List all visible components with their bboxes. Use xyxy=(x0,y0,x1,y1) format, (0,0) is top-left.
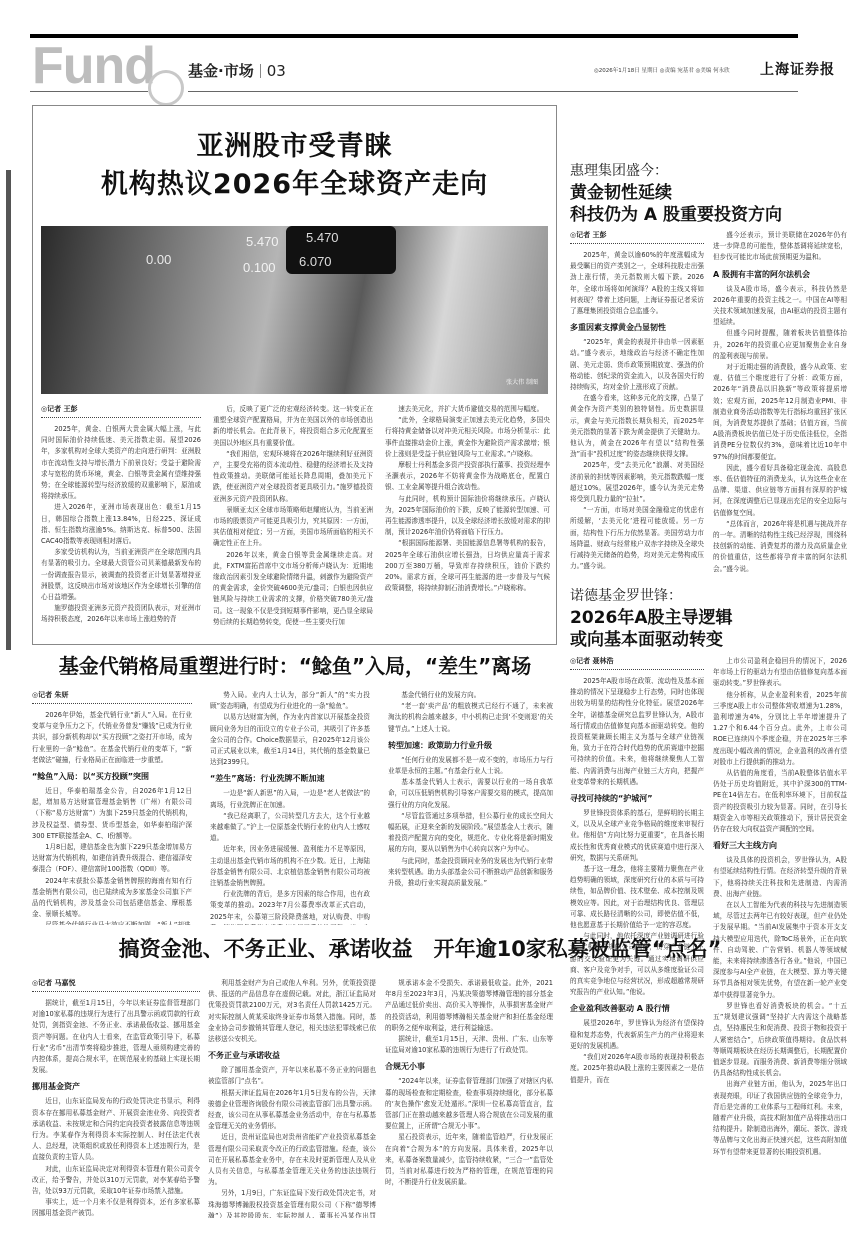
feature-article-box: 亚洲股市受青睐 机构热议2026年全球资产走向 5.470 6.070 5.47… xyxy=(32,105,557,645)
paragraph: 谈及具体的投资机会，罗世锋认为，A股有望延续结构性行情。在经济转型升级的背景下，… xyxy=(713,855,847,900)
paragraph: 谈及A股市场，盛今表示，科技仍然是2026年重要的投资主线之一。中国在AI等相关… xyxy=(713,284,847,329)
paragraph: “尽管监管通过多项举措，但公募行业的成长空间大幅拓展，正迎来全新的发展阶段。”展… xyxy=(388,811,553,856)
photo-number: 0.00 xyxy=(146,252,171,267)
paragraph: 展望2026年，罗世锋认为经济有望保持稳和复苏态势，代表新质生产力的产业将迎来更… xyxy=(570,1018,704,1052)
paragraph: 近日，山东证监局发布的行政处罚决定书显示，利得资本存在挪用私募基金财产、开展资金… xyxy=(32,1096,200,1163)
headline-line-2: 科技仍为 A 股重要投资方向 xyxy=(570,204,782,226)
paragraph: 以易方达财富为例，作为业内首家以开展基金投资顾问业务为目的而设立的专业子公司，其… xyxy=(210,712,370,768)
private-column-3: 规承诺本金不受损失、承诺最低收益。此外，2021年8月至2023年3月，冯某决策… xyxy=(385,978,553,1218)
paragraph: 多家受访机构认为，当前亚洲资产在全球范围内具有显著的吸引力。全球最大资管公司贝莱… xyxy=(41,547,201,603)
paragraph: 规承诺本金不受损失、承诺最低收益。此外，2021年8月至2023年3月，冯某决策… xyxy=(385,978,553,1034)
photo-number: 6.070 xyxy=(299,254,332,269)
paragraph: 上市公司盈利企稳回升的情况下，2026年市场上行的驱动力有望由估值修复向基本面驱… xyxy=(713,656,847,690)
photo-credit: 张大伟 制图 xyxy=(506,377,538,386)
paragraph: 近年来，因业务进展缓慢、盈利能力不足等原因，主动退出基金代销市场的机构不在少数。… xyxy=(210,844,370,889)
feature-headline: 亚洲股市受青睐 机构热议2026年全球资产走向 xyxy=(33,128,556,204)
subheading: 寻找可持续的“护城河” xyxy=(570,793,704,804)
fund-wordmark: Fund xyxy=(32,40,155,92)
subheading: 不务正业与承诺收益 xyxy=(208,1050,376,1061)
paragraph: “根据国际能源署、美国能源信息署等机构的报告，2025年全球石油供应增长强劲，日… xyxy=(385,538,550,594)
subheading: “鲶鱼”入局：以“买方投顾”突围 xyxy=(32,771,192,782)
paragraph: 根据天津证监局在2026年1月5日发布的公告，天津骏德企业管理咨询股份有限公司被… xyxy=(208,1088,376,1133)
section-label: 基金·市场03 xyxy=(188,60,286,81)
paragraph: 事实上，近一个月来不仅是利得资本，还有多家私募因挪用基金资产被罚。 xyxy=(32,1197,200,1218)
paragraph: “一方面，市场对美国金融稳定的忧虑有所缓解，‘去美元化’进程可能放缓。另一方面，… xyxy=(570,505,704,572)
paragraph: 据统计，截至1月15日，天津、贵州、广东、山东等证监局对逾10家私募的违规行为进… xyxy=(385,1034,553,1056)
gold-column-1: ◎记者 王彭 2025年，黄金以逾60%的年度涨幅成为最受瞩目的资产类别之一，全… xyxy=(570,230,704,575)
paragraph: 但盛今同时提醒，随着板块估值整体抬升，2026年的投资重心应更加聚焦企业自身的盈… xyxy=(713,328,847,362)
article-headline: 黄金韧性延续 科技仍为 A 股重要投资方向 xyxy=(570,182,782,226)
paragraph: 后，反映了更广泛的宏观经济转变。这一转变正在重塑全球资产配置格局，并为在美国以外… xyxy=(213,404,373,449)
paragraph: 与此同时，机构预计国际油价将继续承压。卢晓认为，2025年国际油价的下跌，反映了… xyxy=(385,494,550,539)
subheading: 转型加速：政策助力行业升级 xyxy=(388,740,553,751)
byline: ◎记者 王彭 xyxy=(41,404,201,418)
article-headline: 2026年A股主导逻辑 或向基本面驱动转变 xyxy=(570,607,732,651)
byline: ◎记者 聂林浩 xyxy=(570,656,704,670)
separator xyxy=(260,64,261,78)
byline: ◎记者 朱妍 xyxy=(32,690,192,704)
headline-line-1: 2026年A股主导逻辑 xyxy=(570,607,732,629)
private-column-1: ◎记者 马嘉悦 据统计，截至1月15日，今年以来证券监督管理部门对逾10家私募的… xyxy=(32,978,200,1218)
paragraph: “老一套‘卖产品’的粗放模式已经行不通了，未来被淘汰的机构会越来越多，中小机构已… xyxy=(388,701,553,735)
feature-column-3: 速去美元化，并扩大货币避值交易的范围与幅度。 “此外，全球格局演变正加速去美元化… xyxy=(385,404,550,639)
masthead-rule-left xyxy=(30,91,148,92)
paragraph: 从估值的角度看，当前A股整体估值水平仍处于历史均值附近，其中沪深300的TTM-… xyxy=(713,768,847,835)
paragraph: 另外，1月9日，广东证监局下发行政处罚决定书，对珠海德琴博瀚股权投资基金管理有限… xyxy=(208,1188,376,1218)
paragraph: “我已经离职了，公司转型几方去大，这个行业越来越难做了。”沪上一位原基金代销行业… xyxy=(210,811,370,845)
subheading: 挪用基金资产 xyxy=(32,1081,200,1092)
feature-column-1: ◎记者 王彭 2025年，黄金、白银两大贵金属大幅上涨，与此同时国际油价持续低迷… xyxy=(41,404,201,639)
paragraph: 摩根士丹利基金多资产投资部执行董事、投资经理李圣灏表示，2026年不妨将黄金作为… xyxy=(385,460,550,494)
paragraph: 势入局。业内人士认为，部分“新人”的“实力投顾”姿态明确，有望成为行业进化的一条… xyxy=(210,690,370,712)
photo-number: 0.100 xyxy=(243,260,276,275)
masthead-rule-right xyxy=(188,91,798,92)
paragraph: 罗世锋投资体系的基石，是鲜明的长期主义，以及从全球产业竞争格局的维度来审视行业。… xyxy=(570,808,704,864)
paragraph: 盛今还表示，预计美联储在2026年仍有进一步降息的可能性，整体基调将延续宽松，但… xyxy=(713,230,847,264)
headline-line-2: 或向基本面驱动转变 xyxy=(570,629,732,651)
subheading: 企业盈利改善驱动 A 股行情 xyxy=(570,1003,704,1014)
article-headline: 基金代销格局重塑进行时：“鲶鱼”入局，“差生”离场 xyxy=(30,650,560,679)
article-headline: 搞资金池、不务正业、承诺收益 开年逾10家私募被监管“点名” xyxy=(30,933,810,963)
paragraph: “我们对2026年A股市场的表现持积极态度。2025年推动A股上涨的主要因素之一… xyxy=(570,1052,704,1086)
paragraph: “2024年以来，证券监督管理部门加强了对辖区内私募的现场检查和定期检查，检查事… xyxy=(385,1076,553,1132)
stock-ticker-photo: 5.470 6.070 5.470 0.100 0.00 张大伟 制图 xyxy=(41,226,548,394)
paragraph: 与此同时，基金投资顾问业务的发展也为代销行业带来转型机遇。助力头部基金公司不断推… xyxy=(388,856,553,890)
paragraph: “此外，全球格局演变正加速去美元化趋势，多国央行将持黄金储备以对冲美元相关风险。… xyxy=(385,415,550,460)
paragraph: 对此，山东证监局决定对利得资本管理有限公司责令改正，给予警告，并处以310万元罚… xyxy=(32,1164,200,1198)
headline-line-2: 机构热议2026年全球资产走向 xyxy=(33,166,556,204)
paragraph: 基于这一理念，他将主要精力聚焦在产业趋势明确的领域，深度研究行业的本质与可持续性… xyxy=(570,864,704,931)
byline: ◎记者 马嘉悦 xyxy=(32,978,200,992)
headline-line-1: 黄金韧性延续 xyxy=(570,182,782,204)
paragraph: 一边是“新人新思”的入局，一边是“老人老做法”的离场，行业洗牌正在加速。 xyxy=(210,788,370,810)
article-kicker: 诺德基金罗世锋： xyxy=(570,585,682,605)
paragraph: “我们相信，宏观环境将在2026年继续利好亚洲资产，主要受充裕的资本流动性、稳健… xyxy=(213,449,373,505)
paragraph: 2025年，黄金以逾60%的年度涨幅成为最受瞩目的资产类别之一，全球科技股走出强… xyxy=(570,250,704,317)
subheading: 看好三大主线方向 xyxy=(713,840,847,851)
private-column-2: 利用基金财产为自己或他人牟利。另外，优策投资提供、报送的产品信息存在虚假记载。对… xyxy=(208,978,376,1218)
paragraph: “总体而言，2026年将是机遇与挑战并存的一年。清晰的结构性主线已经浮现，围绕科… xyxy=(713,519,847,575)
subheading: 合规无小事 xyxy=(385,1061,553,1072)
paragraph: 罗世锋也看好消费板块的机会。“十五五”规划建议强调“坚持扩大内需这个战略基点，坚… xyxy=(713,1001,847,1079)
paragraph: 2026年以来，黄金白银等贵金属继续走高。对此，FXTM富拓首席中文市场分析师卢… xyxy=(213,550,373,628)
paragraph: “任何行业的发展都不是一成不变的，市场压力与行业革是永恒的主题。”有基金行业人士… xyxy=(388,755,553,777)
paragraph: 对于近期走强的消费股，盛今从政策、宏观、估值三个维度进行了分析：政策方面，202… xyxy=(713,362,847,463)
sales-column-2: 势入局。业内人士认为，部分“新人”的“实力投顾”姿态明确，有望成为行业进化的一条… xyxy=(210,690,370,925)
paragraph: 据统计，截至1月15日，今年以来证券监督管理部门对逾10家私募的违规行为进行了出… xyxy=(32,998,200,1076)
paragraph: 施罗德投资亚洲多元资产投资团队表示，对亚洲市场持积极态度，2026年以来市场上涨… xyxy=(41,603,201,625)
paragraph: 1月8日起，建信基金也为旗下229只基金增加易方达财富为代销机构，如建信消费升级… xyxy=(32,842,192,876)
subheading: 多重因素支撑黄金凸显韧性 xyxy=(570,322,704,333)
subheading: “差生”离场：行业洗牌不断加速 xyxy=(210,773,370,784)
paragraph: 2025年A股市场在政策、流动性及基本面推动的情况下呈现稳步上行态势，同时也体现… xyxy=(570,676,704,788)
paragraph: 在盛今看来，这种多元化的支撑，凸显了黄金作为资产类别的独特韧性。历史数据显示，黄… xyxy=(570,393,704,460)
paragraph: 2024年末获批公募基金销售牌照的海南有知有行基金销售有限公司，也已陆续成为多家… xyxy=(32,876,192,921)
paragraph: 星石投资表示，近年来，随着监管趋严，行业发展正在向着“合规为本”的方向发展。具体… xyxy=(385,1132,553,1188)
subheading: A 股拥有丰富的阿尔法机会 xyxy=(713,269,847,280)
ring-decoration-icon xyxy=(148,70,184,106)
paragraph: 利用基金财产为自己或他人牟利。另外，优策投资提供、报送的产品信息存在虚假记载。对… xyxy=(208,978,376,1045)
paragraph: 近日，贵州证监局也对贵州省能矿产业投资私募基金管理有限公司采取责令改正的行政监管… xyxy=(208,1132,376,1188)
paragraph: 行业洗牌的背后，是多方因素的综合作用，也有政策变革的推动。2023年7月公募费率… xyxy=(210,889,370,925)
feature-column-2: 后，反映了更广泛的宏观经济转变。这一转变正在重塑全球资产配置格局，并为在美国以外… xyxy=(213,404,373,639)
paragraph: 出海产业链方面，他认为，2025年出口表现亮眼，印证了我国供应链的全球竞争力，背… xyxy=(713,1079,847,1157)
left-margin-bar xyxy=(6,170,11,650)
paragraph: 尽管基金代销行业马太效应不断加剧，“新人”却进 xyxy=(32,920,192,925)
paragraph: 基本基金代销人士表示，需要以行业的一场自我革命，可以压低销售机构引导客户需要交易… xyxy=(388,777,553,811)
paragraph: 2025年，黄金、白银两大贵金属大幅上涨，与此同时国际油价持续低迷、美元指数走弱… xyxy=(41,424,201,502)
paragraph: 进入2026年，亚洲市场表现出色：截至1月15日，韩国综合指数上涨13.84%，… xyxy=(41,502,201,547)
sales-column-1: ◎记者 朱妍 2026年伊始，基金代销行业“新人”入局。在行业变革与竞争压力之下… xyxy=(32,690,192,925)
paragraph: 2025年，受“去美元化”浪潮、对美国经济前景的担忧等因素影响，美元指数跌幅一度… xyxy=(570,460,704,505)
paragraph: 2026年伊始，基金代销行业“新人”入局。在行业变革与竞争压力之下，代销业务曾发… xyxy=(32,710,192,766)
sales-column-3: 基金代销行业的发展方向。 “老一套‘卖产品’的粗放模式已经行不通了，未来被淘汰的… xyxy=(388,690,553,925)
byline: ◎记者 王彭 xyxy=(570,230,704,244)
paragraph: 速去美元化，并扩大货币避值交易的范围与幅度。 xyxy=(385,404,550,415)
article-kicker: 惠理集团盛今： xyxy=(570,160,668,180)
paragraph: 近日，华泰柏瑞基金公告，自2026年1月12日起，增加易方达财富管理基金销售（广… xyxy=(32,786,192,842)
dateline: ◎2026年1月18日 星期日 ◎责编 宛基君 ◎美编 何永欣 xyxy=(594,66,730,74)
section-name: 基金·市场 xyxy=(188,62,254,80)
paragraph: 基金代销行业的发展方向。 xyxy=(388,690,553,701)
paragraph: 他分析称，从企业盈利来看，2025年前三季度A股上市公司整体营收增速为1.28%… xyxy=(713,690,847,768)
paragraph: “2025年，黄金的表现并非由单一因素驱动。”盛今表示，地缘政治与经济不确定性加… xyxy=(570,337,704,393)
paragraph: 除了挪用基金资产，开年以来私募不务正业的问题也被监管部门“点名”。 xyxy=(208,1065,376,1087)
page-number: 03 xyxy=(267,62,286,80)
photo-number: 5.470 xyxy=(306,230,339,245)
newspaper-logo: 上海证券报 xyxy=(760,59,835,79)
gold-column-2: 盛今还表示，预计美联储在2026年仍有进一步降息的可能性，整体基调将延续宽松，但… xyxy=(713,230,847,575)
headline-line-1: 亚洲股市受青睐 xyxy=(33,128,556,166)
paragraph: 景顺亚太区全球市场策略师赵耀庭认为，当前亚洲市场的股票资产可能更具吸引力，究其原… xyxy=(213,505,373,550)
photo-number: 5.470 xyxy=(246,234,279,249)
paragraph: 因此，盛今看好具备稳定现金流、高股息率、低估值特征的消费龙头，认为这些企业在品牌… xyxy=(713,463,847,519)
